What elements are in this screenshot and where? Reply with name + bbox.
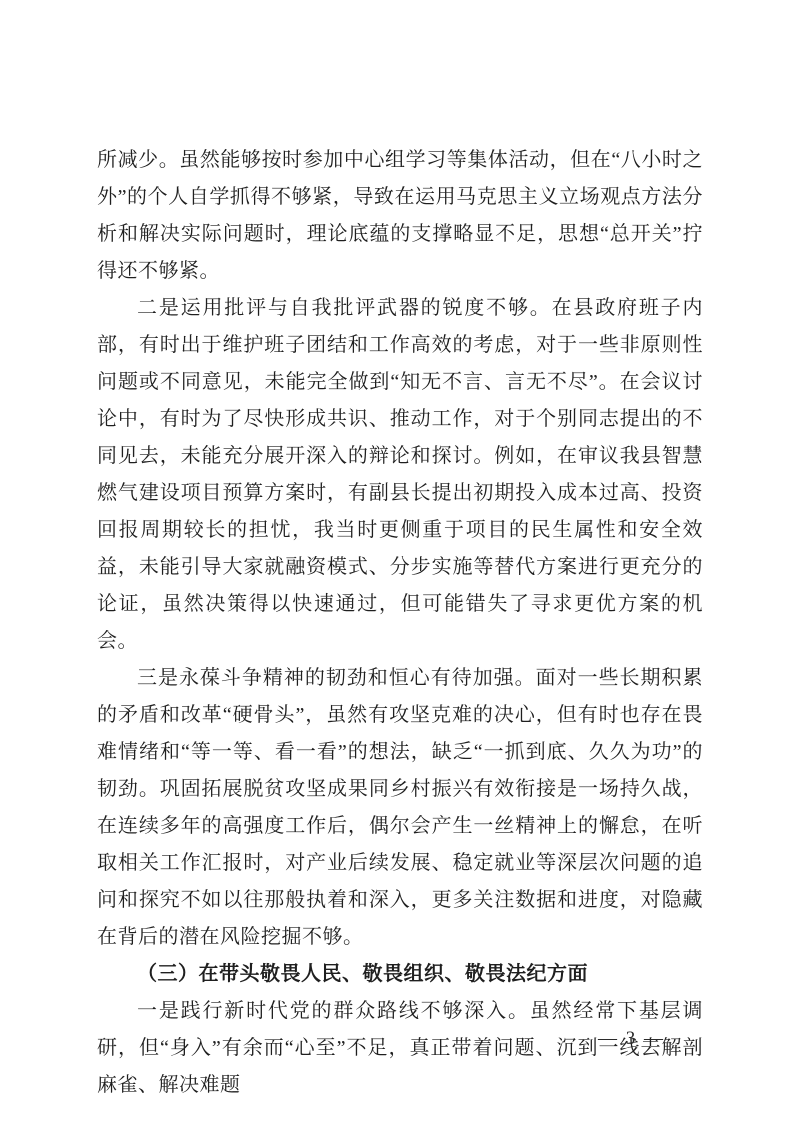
- section-heading: （三）在带头敬畏人民、敬畏组织、敬畏法纪方面: [97, 956, 703, 993]
- body-paragraph-continuation: 所减少。虽然能够按时参加中心组学习等集体活动，但在“八小时之外”的个人自学抓得不…: [97, 142, 703, 290]
- body-paragraph: 二是运用批评与自我批评武器的锐度不够。在县政府班子内部，有时出于维护班子团结和工…: [97, 290, 703, 660]
- document-body: 所减少。虽然能够按时参加中心组学习等集体活动，但在“八小时之外”的个人自学抓得不…: [97, 142, 703, 1104]
- page-number: — 3 —: [598, 1028, 665, 1050]
- document-page: 所减少。虽然能够按时参加中心组学习等集体活动，但在“八小时之外”的个人自学抓得不…: [0, 0, 793, 1122]
- body-paragraph: 三是永葆斗争精神的韧劲和恒心有待加强。面对一些长期积累的矛盾和改革“硬骨头”，虽…: [97, 660, 703, 956]
